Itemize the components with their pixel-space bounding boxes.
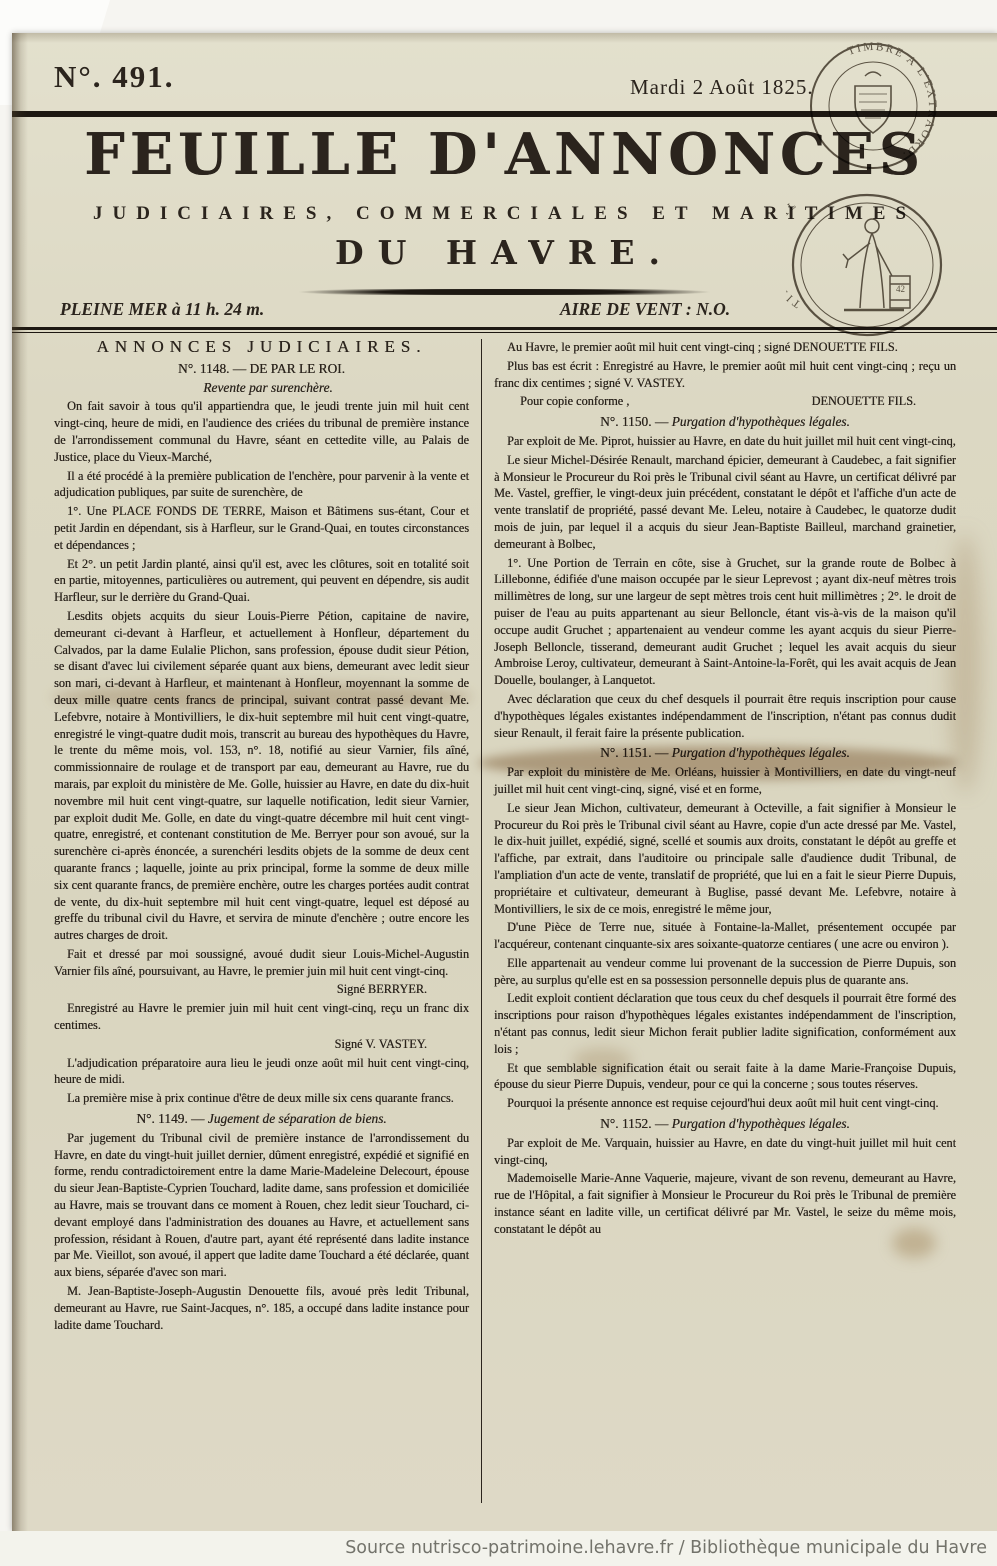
right-column: Au Havre, le premier août mil huit cent …	[482, 339, 956, 1503]
notice-paragraph: Par exploit de Me. Piprot, huissier au H…	[494, 433, 956, 450]
stamp-number: 42	[896, 284, 905, 294]
notice-paragraph: Lesdits objets acquits du sieur Louis-Pi…	[54, 608, 469, 944]
notice-paragraph: Et que semblable signification était ou …	[494, 1060, 956, 1094]
wind-direction: AIRE DE VENT : N.O.	[560, 299, 730, 320]
notice-title: Purgation d'hypothèques légales.	[672, 1116, 850, 1131]
signature: Signé BERRYER.	[54, 981, 469, 998]
notice-paragraph: L'adjudication préparatoire aura lieu le…	[54, 1055, 469, 1089]
copy-conforme-line: Pour copie conforme , DENOUETTE FILS.	[494, 393, 956, 410]
swelled-rule	[229, 289, 781, 295]
notice-paragraph: 1°. Une Portion de Terrain en côte, sise…	[494, 555, 956, 689]
notice-paragraph: Elle appartenait au vendeur comme lui pr…	[494, 955, 956, 989]
notice-number: N°. 1150. —	[600, 414, 668, 429]
notice-paragraph: On fait savoir à tous qu'il appartiendra…	[54, 398, 469, 465]
notice-1152-heading: N°. 1152. — Purgation d'hypothèques léga…	[494, 1116, 956, 1133]
notice-paragraph: M. Jean-Baptiste-Joseph-Augustin Denouet…	[54, 1283, 469, 1333]
notice-title: Purgation d'hypothèques légales.	[672, 745, 850, 760]
notice-paragraph: Avec déclaration que ceux du chef desque…	[494, 691, 956, 741]
notice-paragraph: Par exploit du ministère de Me. Orléans,…	[494, 764, 956, 798]
notice-paragraph: Pourquoi la présente annonce est requise…	[494, 1095, 956, 1112]
article-columns: ANNONCES JUDICIAIRES. N°. 1148. — DE PAR…	[54, 339, 956, 1503]
notice-paragraph: Par jugement du Tribunal civil de premiè…	[54, 1130, 469, 1281]
notice-paragraph: Enregistré au Havre le premier juin mil …	[54, 1000, 469, 1034]
source-attribution-text: Source nutrisco-patrimoine.lehavre.fr / …	[345, 1538, 987, 1558]
source-attribution-bar: Source nutrisco-patrimoine.lehavre.fr / …	[0, 1531, 997, 1566]
notice-1151-heading: N°. 1151. — Purgation d'hypothèques léga…	[494, 745, 956, 762]
notice-paragraph: Fait et dressé par moi soussigné, avoué …	[54, 946, 469, 980]
allegorical-figure-icon	[843, 219, 910, 310]
shield-icon	[855, 72, 891, 133]
newspaper-sheet: N°. 491. Mardi 2 Août 1825. FEUILLE D'AN…	[12, 33, 997, 1531]
scanned-newspaper-page: { "colors": { "paper": "#dcd8c3", "ink":…	[0, 0, 997, 1566]
stamp-ring-text: TIMBRE A L'EXTRAORD.	[846, 41, 938, 162]
signature: Signé V. VASTEY.	[54, 1036, 469, 1053]
notice-number: N°. 1148. —	[178, 361, 246, 376]
tide-time: PLEINE MER à 11 h. 24 m.	[60, 299, 264, 320]
notice-paragraph: Et 2°. un petit Jardin planté, ainsi qu'…	[54, 556, 469, 606]
issue-date: Mardi 2 Août 1825.	[630, 75, 814, 100]
issue-number: N°. 491.	[54, 59, 175, 95]
notice-number: N°. 1152. —	[600, 1116, 668, 1131]
notice-paragraph: Le sieur Jean Michon, cultivateur, demeu…	[494, 800, 956, 918]
svg-text:TIMBRE A L'EXTRAORD.: TIMBRE A L'EXTRAORD.	[846, 41, 938, 162]
notice-paragraph: Il a été procédé à la première publicati…	[54, 468, 469, 502]
notice-1148-heading: N°. 1148. — DE PAR LE ROI.	[54, 361, 469, 378]
notice-paragraph: Mademoiselle Marie-Anne Vaquerie, majeur…	[494, 1170, 956, 1237]
notice-number: N°. 1151. —	[600, 745, 668, 760]
copy-conforme-text: Pour copie conforme ,	[520, 393, 629, 410]
notice-paragraph: Le sieur Michel-Désirée Renault, marchan…	[494, 452, 956, 553]
tax-stamp-round: TIMBRE A L'EXTRAORD.	[803, 36, 943, 181]
copy-conforme-signature: DENOUETTE FILS.	[811, 393, 916, 410]
notice-1149-heading: N°. 1149. — Jugement de séparation de bi…	[54, 1111, 469, 1128]
section-title: ANNONCES JUDICIAIRES.	[54, 339, 469, 356]
notice-1148-subtitle: Revente par surenchère.	[54, 380, 469, 397]
notice-title: Purgation d'hypothèques légales.	[672, 414, 850, 429]
notice-paragraph: Par exploit de Me. Varquain, huissier au…	[494, 1135, 956, 1169]
notice-paragraph: La première mise à prix continue d'être …	[54, 1090, 469, 1107]
royal-stamp-oval: TIMBRE ROYAL 42	[786, 188, 948, 347]
notice-title: DE PAR LE ROI.	[249, 361, 344, 376]
notice-paragraph: Ledit exploit contient déclaration que t…	[494, 990, 956, 1057]
notice-1150-heading: N°. 1150. — Purgation d'hypothèques léga…	[494, 414, 956, 431]
notice-number: N°. 1149. —	[136, 1111, 204, 1126]
notice-paragraph: D'une Pièce de Terre nue, située à Fonta…	[494, 919, 956, 953]
notice-title: Jugement de séparation de biens.	[208, 1111, 387, 1126]
notice-paragraph: 1°. Une PLACE FONDS DE TERRE, Maison et …	[54, 503, 469, 553]
notice-paragraph: Plus bas est écrit : Enregistré au Havre…	[494, 358, 956, 392]
left-column: ANNONCES JUDICIAIRES. N°. 1148. — DE PAR…	[54, 339, 482, 1503]
